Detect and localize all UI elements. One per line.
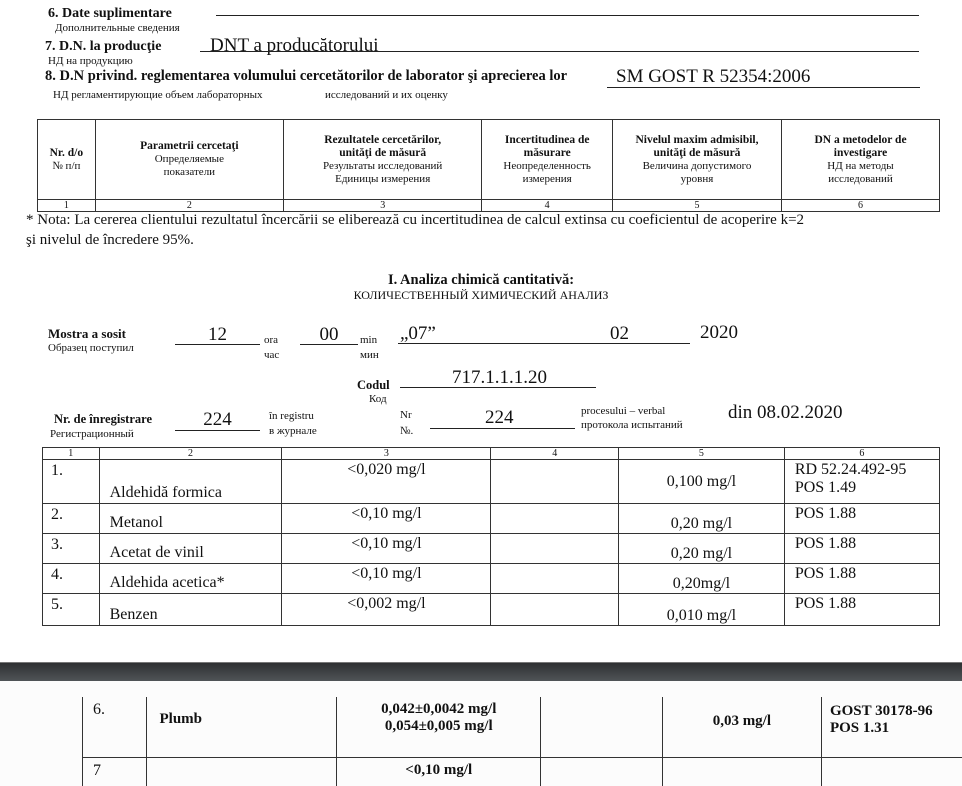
max-level-value: 0,100 mg/l bbox=[619, 460, 785, 504]
max-level-value: 0,20 mg/l bbox=[619, 534, 785, 564]
method-value: RD 52.24.492-95POS 1.49 bbox=[784, 460, 939, 504]
section6-sublabel: Дополнительные сведения bbox=[55, 22, 180, 34]
sample-label: Mostra a sosit bbox=[48, 326, 126, 342]
column-header-table: Nr. d/o№ п/п Parametrii cercetaţiОпредел… bbox=[37, 119, 940, 212]
row-number: 4. bbox=[43, 564, 100, 594]
protocol-number: 224 bbox=[485, 408, 514, 428]
analysis-title: I. Analiza chimică cantitativă: bbox=[0, 272, 962, 289]
col2-title: Parametrii cercetaţi bbox=[96, 140, 283, 153]
method-value: POS 1.88 bbox=[784, 564, 939, 594]
row-number: 6. bbox=[83, 697, 147, 757]
method-value: POS 1.88 bbox=[784, 504, 939, 534]
section8-sublabel2: исследований и их оценку bbox=[325, 89, 448, 101]
section8-label: 8. D.N privind. reglementarea volumului … bbox=[45, 69, 567, 84]
parameter-name: Metanol bbox=[99, 504, 282, 534]
hour-label: ora bbox=[264, 334, 278, 346]
page-separator bbox=[0, 662, 962, 682]
method-line2: POS 1.49 bbox=[795, 479, 939, 497]
table-row: 5.Benzen<0,002 mg/l0,010 mg/lPOS 1.88 bbox=[43, 594, 940, 626]
max-level-value bbox=[662, 757, 821, 786]
method-value: POS 1.88 bbox=[784, 534, 939, 564]
max-level-value: 0,03 mg/l bbox=[662, 697, 821, 757]
method-line1: POS 1.88 bbox=[795, 565, 939, 583]
code-line bbox=[400, 387, 596, 388]
note-line1: * Nota: La cererea clientului rezultatul… bbox=[26, 212, 804, 229]
parameter-name: Acetat de vinil bbox=[99, 534, 282, 564]
note-line2: şi nivelul de încredere 95%. bbox=[26, 232, 194, 249]
registry-sublabel: в журнале bbox=[269, 425, 317, 437]
table-row: 7<0,10 mg/l bbox=[83, 757, 962, 786]
row-number: 7 bbox=[83, 757, 147, 786]
protocol-date: din 08.02.2020 bbox=[728, 403, 843, 423]
nr-sublabel: №. bbox=[400, 425, 413, 437]
method-value: POS 1.88 bbox=[784, 594, 939, 626]
col-number: 2 bbox=[95, 200, 283, 212]
method-line2: POS 1.31 bbox=[830, 720, 962, 737]
col-number: 3 bbox=[282, 448, 491, 460]
results-table: 1 2 3 4 5 6 1.Aldehidă formica<0,020 mg/… bbox=[42, 447, 940, 626]
uncertainty-value bbox=[491, 594, 619, 626]
method-line1: RD 52.24.492-95 bbox=[795, 461, 939, 479]
row-number: 2. bbox=[43, 504, 100, 534]
result-line1: <0,10 mg/l bbox=[337, 762, 540, 779]
result-value: <0,10 mg/l bbox=[282, 564, 491, 594]
minute-label: min bbox=[360, 334, 377, 346]
sample-day: „07” bbox=[400, 324, 436, 344]
registry-label: în registru bbox=[269, 410, 314, 422]
registration-sublabel: Регистрационный bbox=[50, 428, 134, 440]
section8-field bbox=[607, 87, 920, 88]
table-row: 2.Metanol<0,10 mg/l0,20 mg/lPOS 1.88 bbox=[43, 504, 940, 534]
result-line2: 0,054±0,005 mg/l bbox=[337, 718, 540, 735]
col-number: 1 bbox=[38, 200, 96, 212]
code-label: Codul bbox=[357, 378, 390, 393]
col-number: 5 bbox=[612, 200, 781, 212]
max-level-value: 0,010 mg/l bbox=[619, 594, 785, 626]
next-page: 6.Plumb0,042±0,0042 mg/l0,054±0,005 mg/l… bbox=[0, 681, 962, 786]
col3-title: Rezultatele cercetărilor, unităţi de măs… bbox=[284, 134, 481, 160]
section8-sublabel1: НД регламентирующие объем лабораторных bbox=[53, 89, 263, 101]
section7-field bbox=[200, 51, 919, 52]
uncertainty-value bbox=[491, 564, 619, 594]
row-number: 5. bbox=[43, 594, 100, 626]
table-row: 1.Aldehidă formica<0,020 mg/l0,100 mg/lR… bbox=[43, 460, 940, 504]
sample-date-line bbox=[398, 343, 690, 344]
row-number: 1. bbox=[43, 460, 100, 504]
sample-sublabel: Образец поступил bbox=[48, 342, 134, 354]
col-number: 3 bbox=[283, 200, 481, 212]
col-number: 1 bbox=[43, 448, 100, 460]
col-number: 6 bbox=[784, 448, 939, 460]
protocol-label: procesului – verbal bbox=[581, 405, 665, 417]
code-value: 717.1.1.1.20 bbox=[452, 368, 547, 388]
section8-value: SM GOST R 52354:2006 bbox=[616, 67, 810, 87]
method-value bbox=[821, 757, 962, 786]
col2-subtitle: Определяемые показатели bbox=[96, 153, 283, 179]
col1-title: Nr. d/o bbox=[38, 147, 95, 160]
result-value: <0,10 mg/l bbox=[282, 504, 491, 534]
max-level-value: 0,20 mg/l bbox=[619, 504, 785, 534]
col-number: 5 bbox=[619, 448, 785, 460]
col-number: 6 bbox=[782, 200, 940, 212]
table-row: 6.Plumb0,042±0,0042 mg/l0,054±0,005 mg/l… bbox=[83, 697, 962, 757]
uncertainty-value bbox=[491, 460, 619, 504]
method-line1: POS 1.88 bbox=[795, 505, 939, 523]
section7-label: 7. D.N. la producţie bbox=[45, 39, 161, 54]
col6-subtitle: НД на методы исследований bbox=[782, 160, 939, 186]
parameter-name: Benzen bbox=[99, 594, 282, 626]
result-value: <0,002 mg/l bbox=[282, 594, 491, 626]
result-value: <0,020 mg/l bbox=[282, 460, 491, 504]
section7-sublabel: НД на продукцию bbox=[48, 55, 133, 67]
registration-label: Nr. de înregistrare bbox=[54, 412, 152, 427]
col4-title: Incertitudinea de măsurare bbox=[482, 134, 612, 160]
sample-minute-line bbox=[300, 344, 358, 345]
col5-title: Nivelul maxim admisibil, unităţi de măsu… bbox=[613, 134, 781, 160]
result-value: <0,10 mg/l bbox=[337, 757, 541, 786]
result-line1: 0,042±0,0042 mg/l bbox=[337, 701, 540, 718]
sample-hour-line bbox=[175, 344, 260, 345]
sample-year: 2020 bbox=[700, 323, 738, 343]
table-row: 4.Aldehida acetica*<0,10 mg/l0,20mg/lPOS… bbox=[43, 564, 940, 594]
result-value: <0,10 mg/l bbox=[282, 534, 491, 564]
registration-line bbox=[175, 430, 260, 431]
code-sublabel: Код bbox=[369, 393, 387, 405]
col-number: 4 bbox=[482, 200, 613, 212]
nr-label: Nr bbox=[400, 409, 412, 421]
sample-month: 02 bbox=[610, 324, 629, 344]
method-line1: POS 1.88 bbox=[795, 595, 939, 613]
section6-field bbox=[216, 15, 919, 16]
hour-sublabel: час bbox=[264, 349, 279, 361]
method-line1: GOST 30178-96 bbox=[830, 703, 962, 720]
uncertainty-value bbox=[541, 757, 663, 786]
section7-value: DNT a producătorului bbox=[210, 36, 379, 56]
col5-subtitle: Величина допустимого уровня bbox=[613, 160, 781, 186]
col-number: 2 bbox=[99, 448, 282, 460]
uncertainty-value bbox=[491, 504, 619, 534]
parameter-name: Aldehidă formica bbox=[99, 460, 282, 504]
uncertainty-value bbox=[541, 697, 663, 757]
parameter-name bbox=[147, 757, 337, 786]
result-value: 0,042±0,0042 mg/l0,054±0,005 mg/l bbox=[337, 697, 541, 757]
col3-subtitle: Результаты исследований Единицы измерени… bbox=[284, 160, 481, 186]
table-row: 3.Acetat de vinil<0,10 mg/l0,20 mg/lPOS … bbox=[43, 534, 940, 564]
method-line1: POS 1.88 bbox=[795, 535, 939, 553]
minute-sublabel: мин bbox=[360, 349, 379, 361]
row-number: 3. bbox=[43, 534, 100, 564]
results-table-continued: 6.Plumb0,042±0,0042 mg/l0,054±0,005 mg/l… bbox=[82, 697, 962, 786]
sample-minute: 00 bbox=[300, 325, 358, 345]
col1-subtitle: № п/п bbox=[38, 160, 95, 173]
col-number: 4 bbox=[491, 448, 619, 460]
protocol-sublabel: протокола испытаний bbox=[581, 419, 683, 431]
registration-value: 224 bbox=[175, 410, 260, 430]
method-value: GOST 30178-96POS 1.31 bbox=[821, 697, 962, 757]
col6-title: DN a metodelor de investigare bbox=[782, 134, 939, 160]
protocol-line bbox=[430, 428, 575, 429]
sample-hour: 12 bbox=[175, 325, 260, 345]
section6-label: 6. Date suplimentare bbox=[48, 6, 172, 21]
col4-subtitle: Неопределенность измерения bbox=[482, 160, 612, 186]
parameter-name: Plumb bbox=[147, 697, 337, 757]
parameter-name: Aldehida acetica* bbox=[99, 564, 282, 594]
analysis-subtitle: КОЛИЧЕСТВЕННЫЙ ХИМИЧЕСКИЙ АНАЛИЗ bbox=[0, 288, 962, 303]
max-level-value: 0,20mg/l bbox=[619, 564, 785, 594]
uncertainty-value bbox=[491, 534, 619, 564]
